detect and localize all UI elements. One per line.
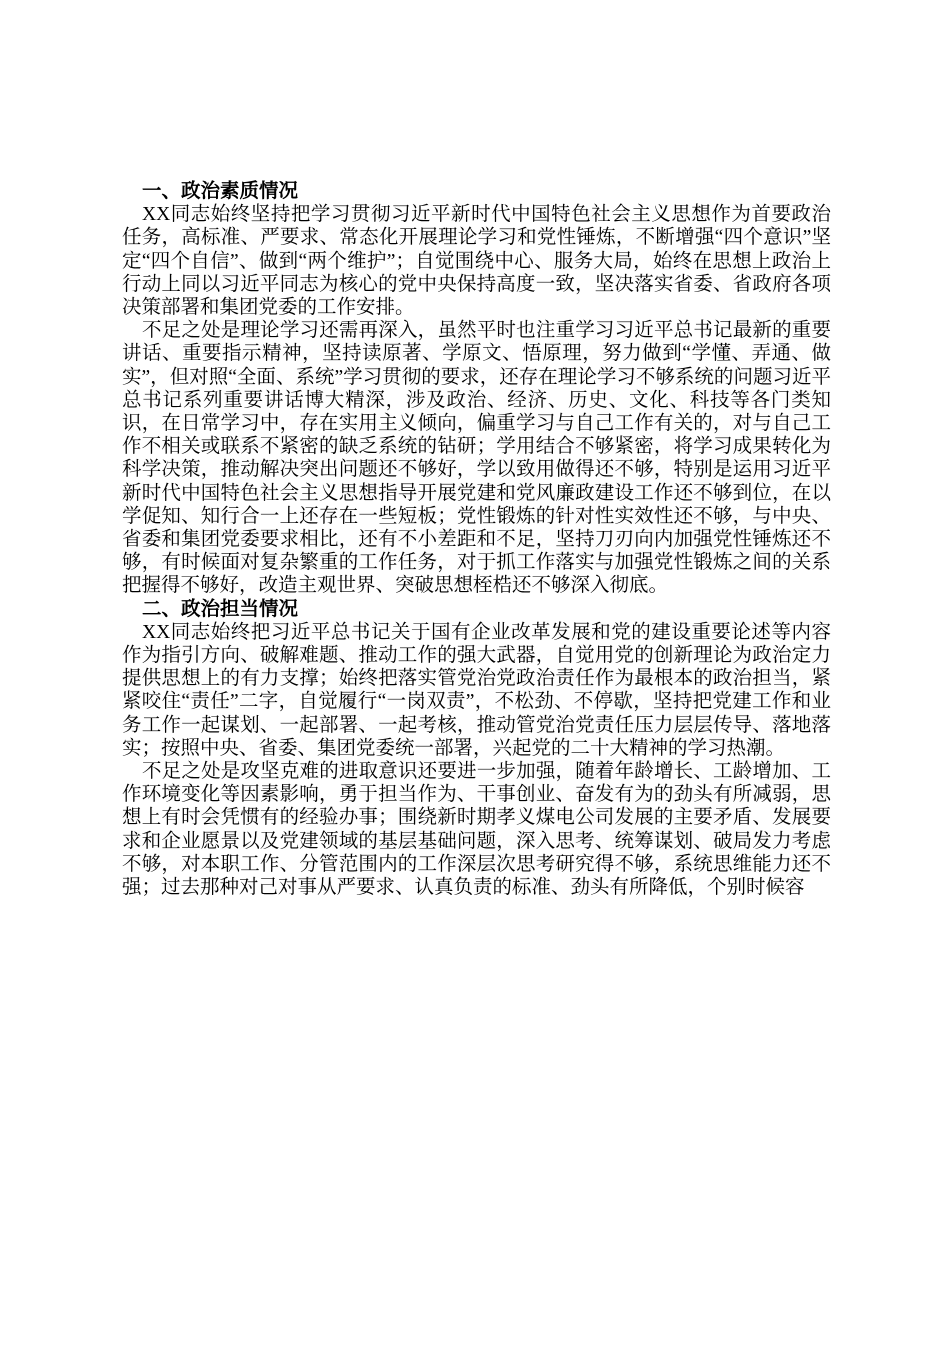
document-page: 一、政治素质情况 XX同志始终坚持把学习贯彻习近平新时代中国特色社会主义思想作为… [0,0,950,1346]
paragraph-political-responsibility-shortcomings: 不足之处是攻坚克难的进取意识还要进一步加强，随着年龄增长、工龄增加、工作环境变化… [122,760,831,899]
section-heading-political-quality: 一、政治素质情况 [122,180,831,203]
paragraph-political-quality-strengths: XX同志始终坚持把学习贯彻习近平新时代中国特色社会主义思想作为首要政治任务，高标… [122,203,831,319]
paragraph-political-quality-shortcomings: 不足之处是理论学习还需再深入，虽然平时也注重学习习近平总书记最新的重要讲话、重要… [122,319,831,597]
paragraph-political-responsibility-strengths: XX同志始终把习近平总书记关于国有企业改革发展和党的建设重要论述等内容作为指引方… [122,621,831,760]
section-heading-political-responsibility: 二、政治担当情况 [122,598,831,621]
document-content: 一、政治素质情况 XX同志始终坚持把学习贯彻习近平新时代中国特色社会主义思想作为… [122,180,831,899]
